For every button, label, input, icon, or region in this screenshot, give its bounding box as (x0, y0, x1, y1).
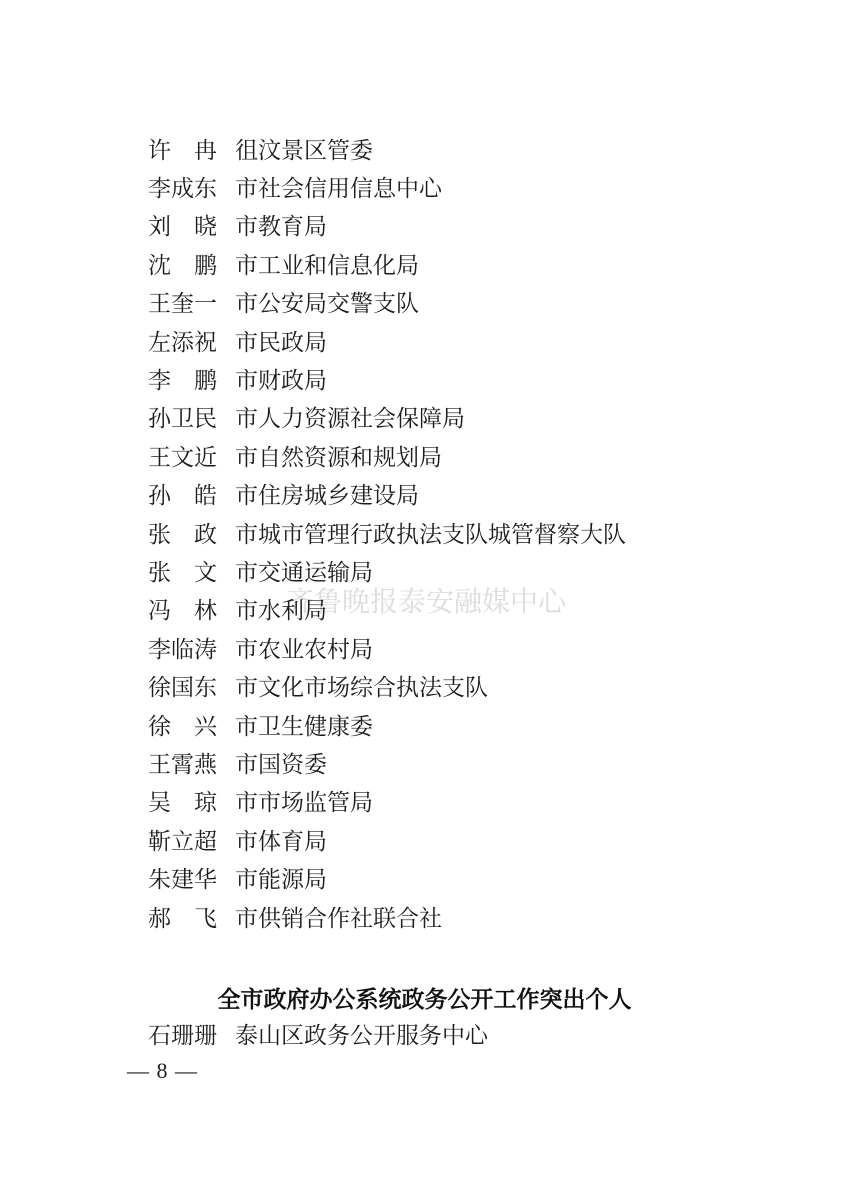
list-item: 左添祝 市民政局 (148, 321, 626, 359)
person-name: 徐国东 (148, 669, 220, 702)
organization-name: 市体育局 (235, 823, 327, 856)
organization-name: 市财政局 (235, 362, 327, 395)
list-item: 靳立超 市体育局 (148, 820, 626, 858)
list-item: 孙卫民 市人力资源社会保障局 (148, 398, 626, 436)
section-heading: 全市政府办公系统政务公开工作突出个人 (0, 981, 849, 1014)
organization-name: 市社会信用信息中心 (235, 170, 442, 203)
list-item: 张 文 市交通运输局 (148, 551, 626, 589)
person-name: 王奎一 (148, 285, 220, 318)
award-list-individuals: 石珊珊 泰山区政务公开服务中心 (148, 1014, 488, 1052)
person-name: 朱建华 (148, 861, 220, 894)
person-name: 张 文 (148, 554, 220, 587)
list-item: 许 冉 徂汶景区管委 (148, 129, 626, 167)
organization-name: 市交通运输局 (235, 554, 373, 587)
person-name: 冯 林 (148, 592, 220, 625)
list-item: 郝 飞 市供销合作社联合社 (148, 897, 626, 935)
person-name: 吴 琼 (148, 784, 220, 817)
list-item: 朱建华 市能源局 (148, 858, 626, 896)
organization-name: 市自然资源和规划局 (235, 439, 442, 472)
person-name: 徐 兴 (148, 708, 220, 741)
award-list-departments: 许 冉 徂汶景区管委 李成东 市社会信用信息中心 刘 晓 市教育局 沈 鹏 市工… (148, 129, 626, 935)
list-item: 石珊珊 泰山区政务公开服务中心 (148, 1014, 488, 1052)
organization-name: 市能源局 (235, 861, 327, 894)
list-item: 王霄燕 市国资委 (148, 743, 626, 781)
person-name: 王霄燕 (148, 746, 220, 779)
organization-name: 市卫生健康委 (235, 708, 373, 741)
list-item: 孙 皓 市住房城乡建设局 (148, 475, 626, 513)
person-name: 李临涛 (148, 631, 220, 664)
organization-name: 市工业和信息化局 (235, 247, 419, 280)
organization-name: 市住房城乡建设局 (235, 477, 419, 510)
list-item: 冯 林 市水利局 (148, 590, 626, 628)
organization-name: 市供销合作社联合社 (235, 900, 442, 933)
organization-name: 市国资委 (235, 746, 327, 779)
list-item: 刘 晓 市教育局 (148, 206, 626, 244)
person-name: 王文近 (148, 439, 220, 472)
person-name: 孙卫民 (148, 400, 220, 433)
person-name: 刘 晓 (148, 208, 220, 241)
organization-name: 市文化市场综合执法支队 (235, 669, 488, 702)
list-item: 吴 琼 市市场监管局 (148, 782, 626, 820)
organization-name: 市城市管理行政执法支队城管督察大队 (235, 516, 626, 549)
person-name: 石珊珊 (148, 1017, 220, 1050)
person-name: 左添祝 (148, 324, 220, 357)
list-item: 徐国东 市文化市场综合执法支队 (148, 666, 626, 704)
person-name: 郝 飞 (148, 900, 220, 933)
person-name: 靳立超 (148, 823, 220, 856)
organization-name: 市公安局交警支队 (235, 285, 419, 318)
person-name: 许 冉 (148, 132, 220, 165)
list-item: 李临涛 市农业农村局 (148, 628, 626, 666)
organization-name: 泰山区政务公开服务中心 (235, 1017, 488, 1050)
list-item: 徐 兴 市卫生健康委 (148, 705, 626, 743)
organization-name: 市人力资源社会保障局 (235, 400, 465, 433)
list-item: 李成东 市社会信用信息中心 (148, 167, 626, 205)
page-number: — 8 — (127, 1058, 198, 1084)
organization-name: 市农业农村局 (235, 631, 373, 664)
list-item: 王奎一 市公安局交警支队 (148, 283, 626, 321)
list-item: 张 政 市城市管理行政执法支队城管督察大队 (148, 513, 626, 551)
person-name: 孙 皓 (148, 477, 220, 510)
list-item: 王文近 市自然资源和规划局 (148, 436, 626, 474)
organization-name: 市市场监管局 (235, 784, 373, 817)
person-name: 李成东 (148, 170, 220, 203)
organization-name: 市民政局 (235, 324, 327, 357)
person-name: 沈 鹏 (148, 247, 220, 280)
person-name: 张 政 (148, 516, 220, 549)
person-name: 李 鹏 (148, 362, 220, 395)
list-item: 沈 鹏 市工业和信息化局 (148, 244, 626, 282)
organization-name: 市水利局 (235, 592, 327, 625)
organization-name: 徂汶景区管委 (235, 132, 373, 165)
document-page: 齐鲁晚报泰安融媒中心 许 冉 徂汶景区管委 李成东 市社会信用信息中心 刘 晓 … (0, 0, 849, 1200)
list-item: 李 鹏 市财政局 (148, 359, 626, 397)
organization-name: 市教育局 (235, 208, 327, 241)
